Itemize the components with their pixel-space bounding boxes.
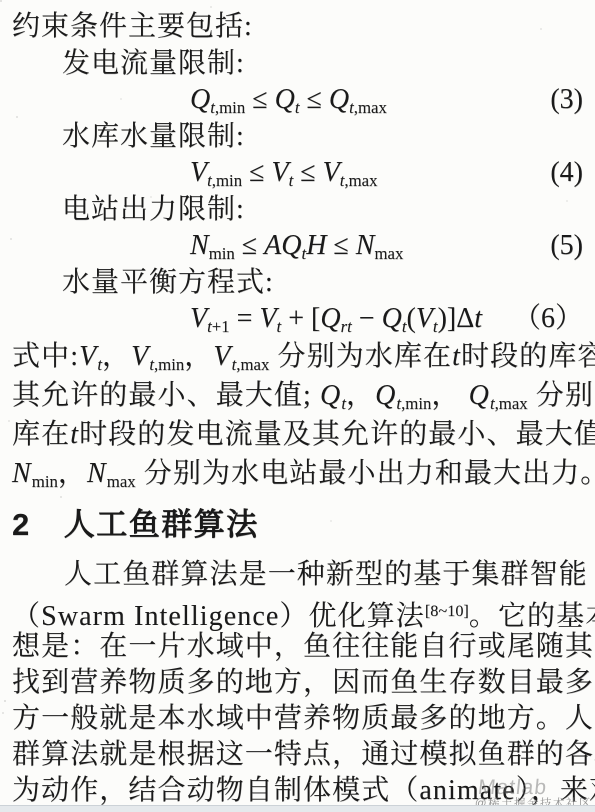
text-line: 库在t时段的发电流量及其允许的最小、最大值， (12, 415, 585, 454)
constraint-label: 发电流量限制: (12, 45, 585, 82)
section-heading: 2人工鱼群算法 (12, 505, 585, 545)
text-line: （Swarm Intelligence）优化算法[8~10]。它的基本思 (12, 593, 585, 629)
text-line: 人工鱼群算法是一种新型的基于集群智能 SI (12, 557, 585, 593)
equation-row: Qt,min ≤ Qt ≤ Qt,max (3) (12, 82, 585, 118)
equation-number: (4) (550, 155, 583, 191)
document-page: 约束条件主要包括: 发电流量限制: Qt,min ≤ Qt ≤ Qt,max (… (0, 0, 595, 812)
constraint-item-balance: 水量平衡方程式: Vt+1 = Vt + [Qrt − Qt(Vt)]Δt （6… (12, 264, 585, 337)
scan-noise (0, 0, 2, 2)
equation-number: (3) (550, 82, 583, 118)
text-line: 方一般就是本水域中营养物质最多的地方。人工鱼 (12, 701, 585, 737)
equation-formula: Nmin ≤ AQtH ≤ Nmax (190, 228, 403, 272)
section-number: 2 (12, 505, 31, 545)
text-line: 找到营养物质多的地方，因而鱼生存数目最多的地 (12, 665, 585, 701)
symbol-explanation: 式中:Vt，Vt,min，Vt,max 分别为水库在t时段的库容及其允许的最小、… (12, 337, 585, 493)
equation-number: （6） (513, 301, 583, 337)
equation-row: Vt+1 = Vt + [Qrt − Qt(Vt)]Δt （6） (12, 301, 585, 337)
text-line: 其允许的最小、最大值; Qt，Qt,min， Qt,max 分别为水 (12, 376, 585, 415)
equation-row: Nmin ≤ AQtH ≤ Nmax (5) (12, 228, 585, 264)
intro-text: 约束条件主要包括: (12, 8, 585, 45)
text-line: 想是：在一片水域中，鱼往往能自行或尾随其它鱼 (12, 629, 585, 665)
equation-formula: Qt,min ≤ Qt ≤ Qt,max (190, 82, 387, 126)
equation-formula: Vt,min ≤ Vt ≤ Vt,max (190, 155, 378, 199)
equation-number: (5) (550, 228, 583, 264)
equation-row: Vt,min ≤ Vt ≤ Vt,max (4) (12, 155, 585, 191)
constraint-item-volume: 水库水量限制: Vt,min ≤ Vt ≤ Vt,max (4) (12, 118, 585, 191)
text-line: Nmin，Nmax 分别为水电站最小出力和最大出力。 (12, 454, 585, 493)
section-title: 人工鱼群算法 (64, 507, 259, 542)
text-line: 群算法就是根据这一特点，通过模拟鱼群的各种行 (12, 737, 585, 773)
constraint-item-flow: 发电流量限制: Qt,min ≤ Qt ≤ Qt,max (3) (12, 45, 585, 118)
page-bottom-edge (0, 805, 595, 812)
constraint-item-output: 电站出力限制: Nmin ≤ AQtH ≤ Nmax (5) (12, 191, 585, 264)
equation-formula: Vt+1 = Vt + [Qrt − Qt(Vt)]Δt (190, 301, 482, 345)
body-paragraph: 人工鱼群算法是一种新型的基于集群智能 SI（Swarm Intelligence… (12, 557, 585, 809)
